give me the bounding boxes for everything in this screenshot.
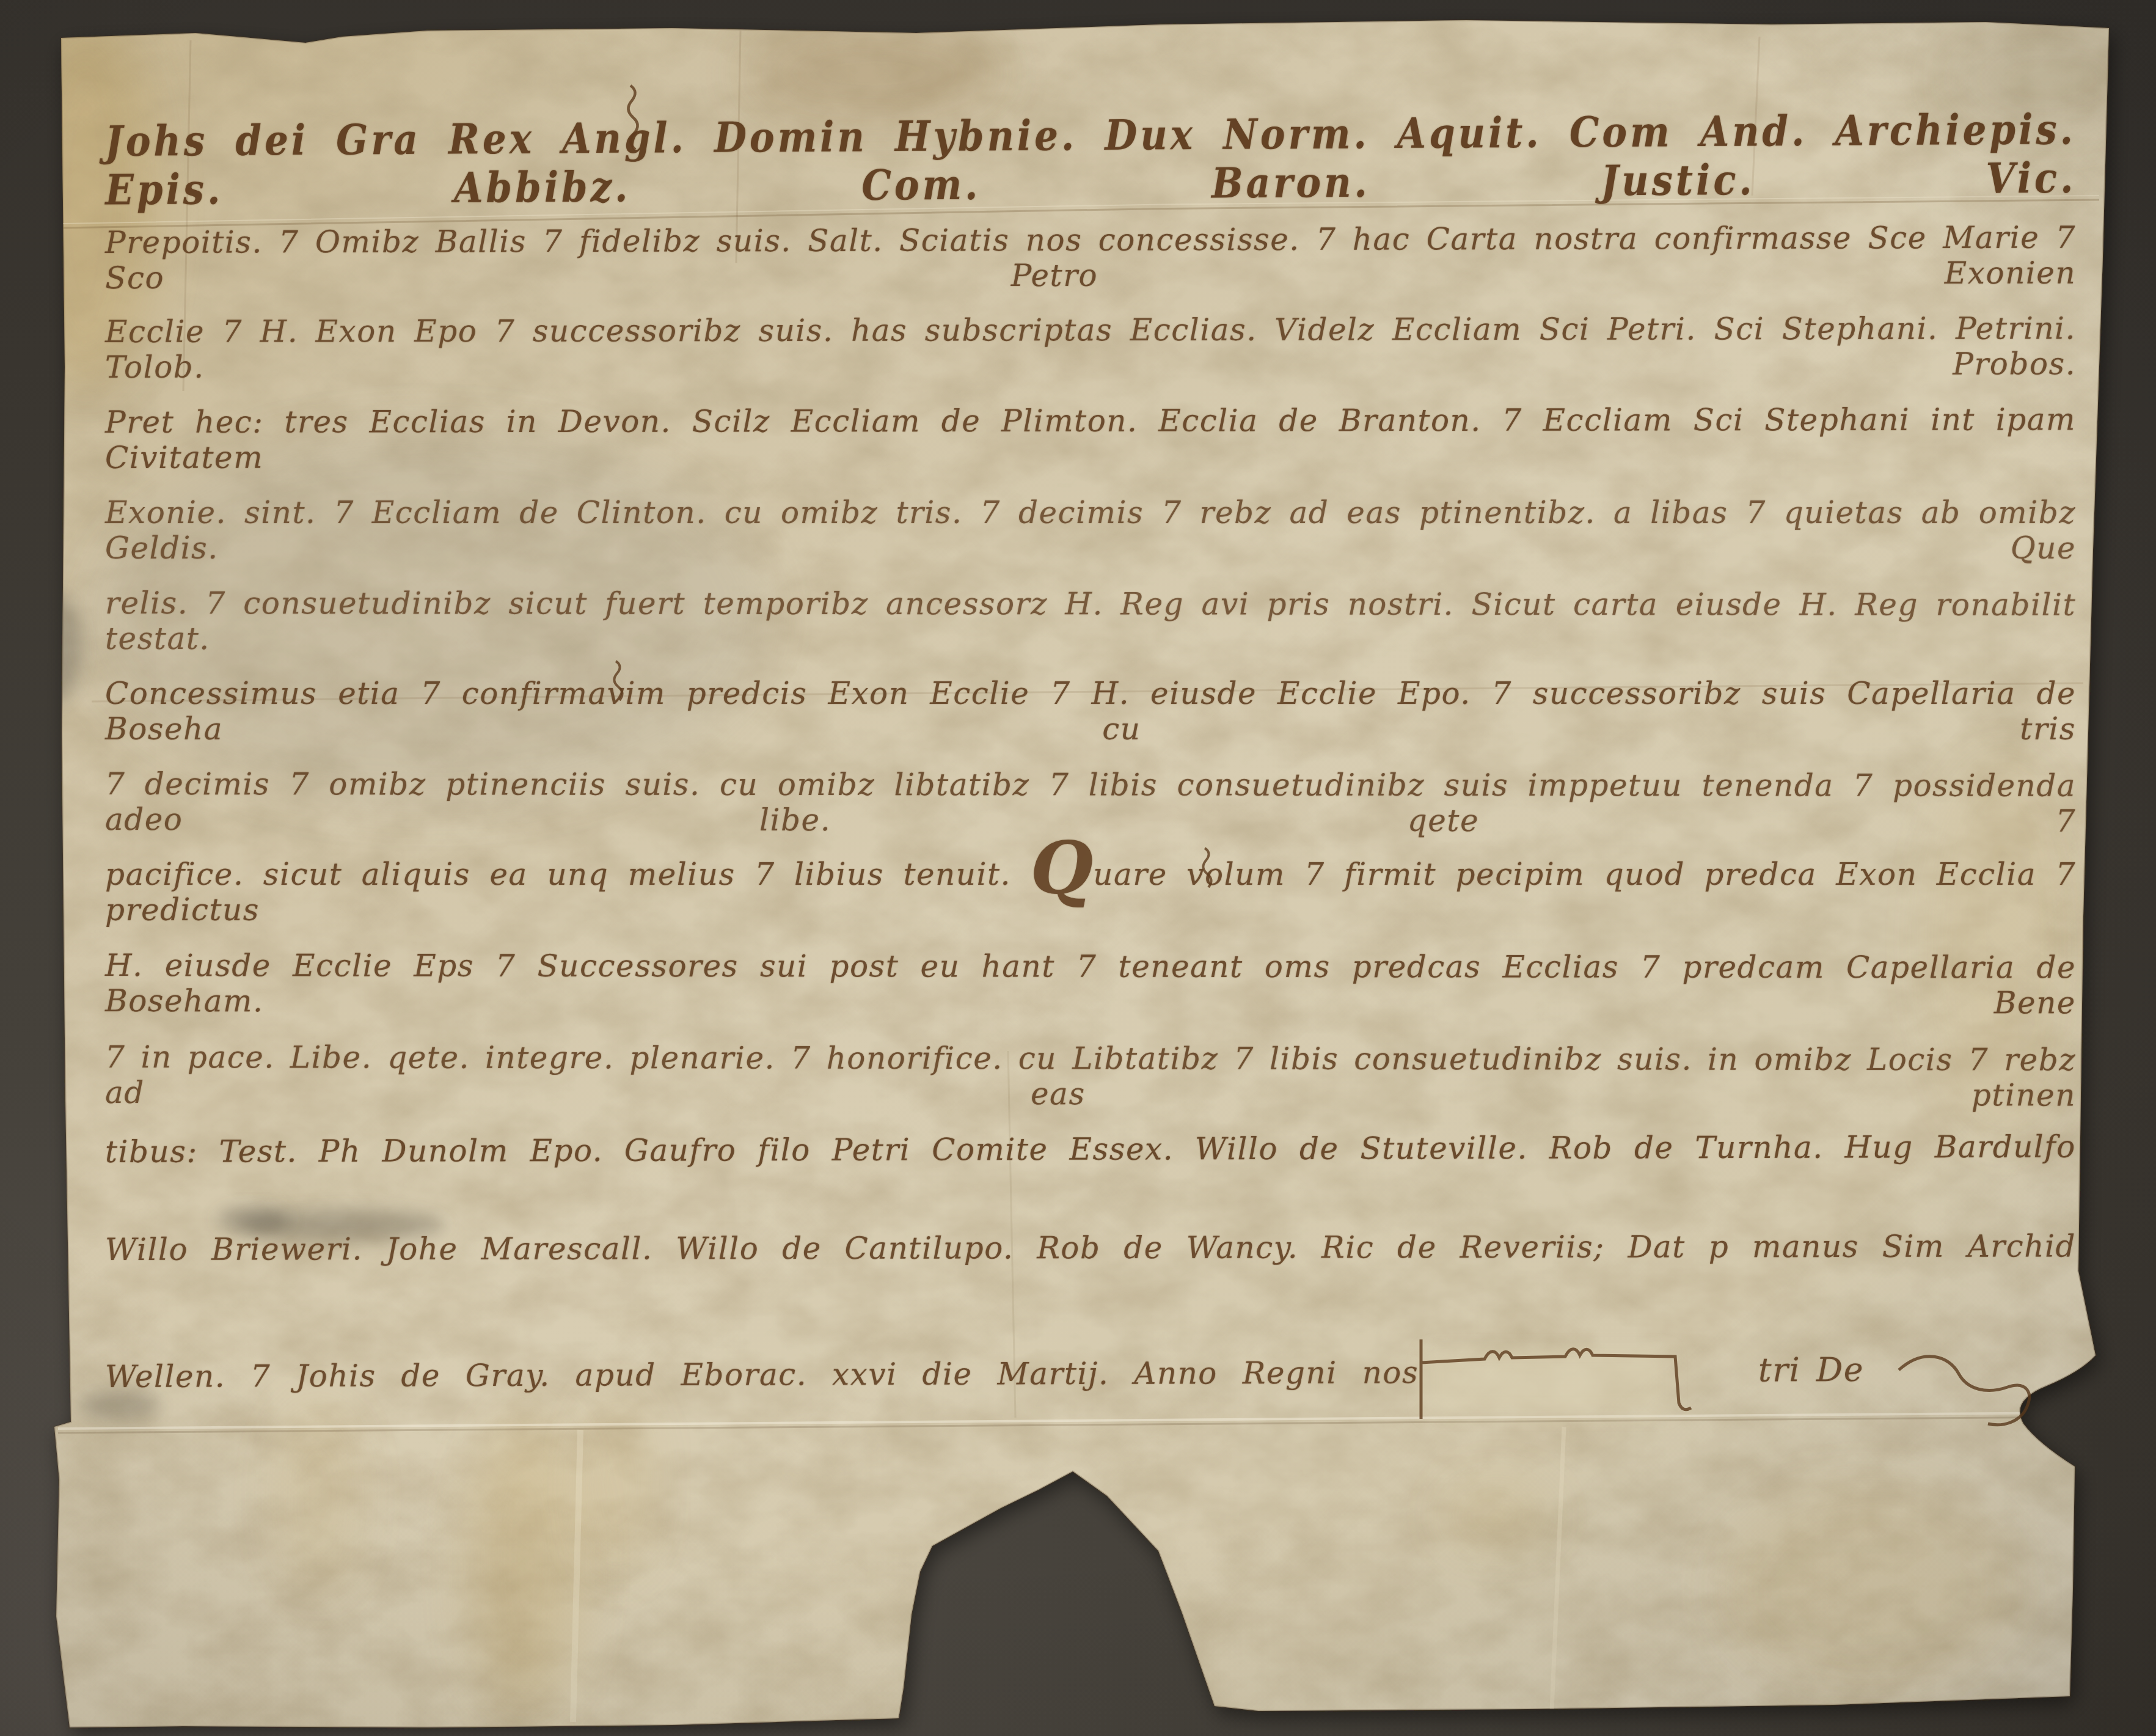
line-text: Ecclie 7 H. Exon Epo 7 successoribz suis…	[105, 310, 2076, 385]
decorated-initial-Q: Q	[1031, 826, 1094, 910]
charter-line-13: Willo Brieweri. Johe Marescall. Willo de…	[105, 1228, 2076, 1291]
charter-line-6: relis. 7 consuetudinibz sicut fuert temp…	[105, 585, 2076, 646]
charter-line-5: Exonie. sint. 7 Eccliam de Clinton. cu o…	[105, 495, 2076, 554]
charter-line-1: Johs dei Gra Rex Angl. Domin Hybnie. Dux…	[105, 106, 2077, 183]
charter-line-7: Concessimus etia 7 confirmavim predcis E…	[105, 676, 2076, 734]
charter-line-4: Pret hec: tres Ecclias in Devon. Scilz E…	[105, 401, 2076, 463]
line-text: relis. 7 consuetudinibz sicut fuert temp…	[105, 585, 2076, 656]
line-text: Willo Brieweri. Johe Marescall. Willo de…	[105, 1228, 2076, 1267]
line-text: H. eiusde Ecclie Eps 7 Successores sui p…	[105, 948, 2076, 1020]
charter-text: Johs dei Gra Rex Angl. Domin Hybnie. Dux…	[0, 0, 2156, 1736]
line-text: Johs dei Gra Rex Angl. Domin Hybnie. Dux…	[105, 106, 2077, 215]
charter-line-8: 7 decimis 7 omibz ptinenciis suis. cu om…	[105, 766, 2076, 827]
line-text: Prepoitis. 7 Omibz Ballis 7 fidelibz sui…	[105, 220, 2076, 296]
charter-line-3: Ecclie 7 H. Exon Epo 7 successoribz suis…	[105, 310, 2076, 373]
charter-line-2: Prepoitis. 7 Omibz Ballis 7 fidelibz sui…	[105, 220, 2076, 284]
charter-line-11: 7 in pace. Libe. qete. integre. plenarie…	[105, 1039, 2076, 1101]
charter-line-12: tibus: Test. Ph Dunolm Epo. Gaufro filo …	[105, 1129, 2076, 1193]
erasure-gap	[1419, 1389, 1758, 1390]
line-text: Pret hec: tres Ecclias in Devon. Scilz E…	[105, 401, 2076, 475]
line-text: tibus: Test. Ph Dunolm Epo. Gaufro filo …	[105, 1129, 2076, 1170]
line-text: pacifice. sicut aliquis ea unq melius 7 …	[105, 857, 1031, 892]
line-text: Concessimus etia 7 confirmavim predcis E…	[105, 676, 2076, 747]
charter-line-9: pacifice. sicut aliquis ea unq melius 7 …	[105, 857, 2076, 915]
line-text: tri De	[1758, 1350, 1864, 1390]
line-text: 7 in pace. Libe. qete. integre. plenarie…	[105, 1039, 2076, 1113]
photo-stage: Johs dei Gra Rex Angl. Domin Hybnie. Dux…	[0, 0, 2156, 1736]
charter-line-10: H. eiusde Ecclie Eps 7 Successores sui p…	[105, 948, 2076, 1008]
line-text: Wellen. 7 Johis de Gray. apud Eborac. xx…	[105, 1355, 1419, 1394]
line-text: Exonie. sint. 7 Eccliam de Clinton. cu o…	[105, 495, 2076, 566]
charter-line-14: Wellen. 7 Johis de Gray. apud Eborac. xx…	[105, 1330, 2076, 1394]
